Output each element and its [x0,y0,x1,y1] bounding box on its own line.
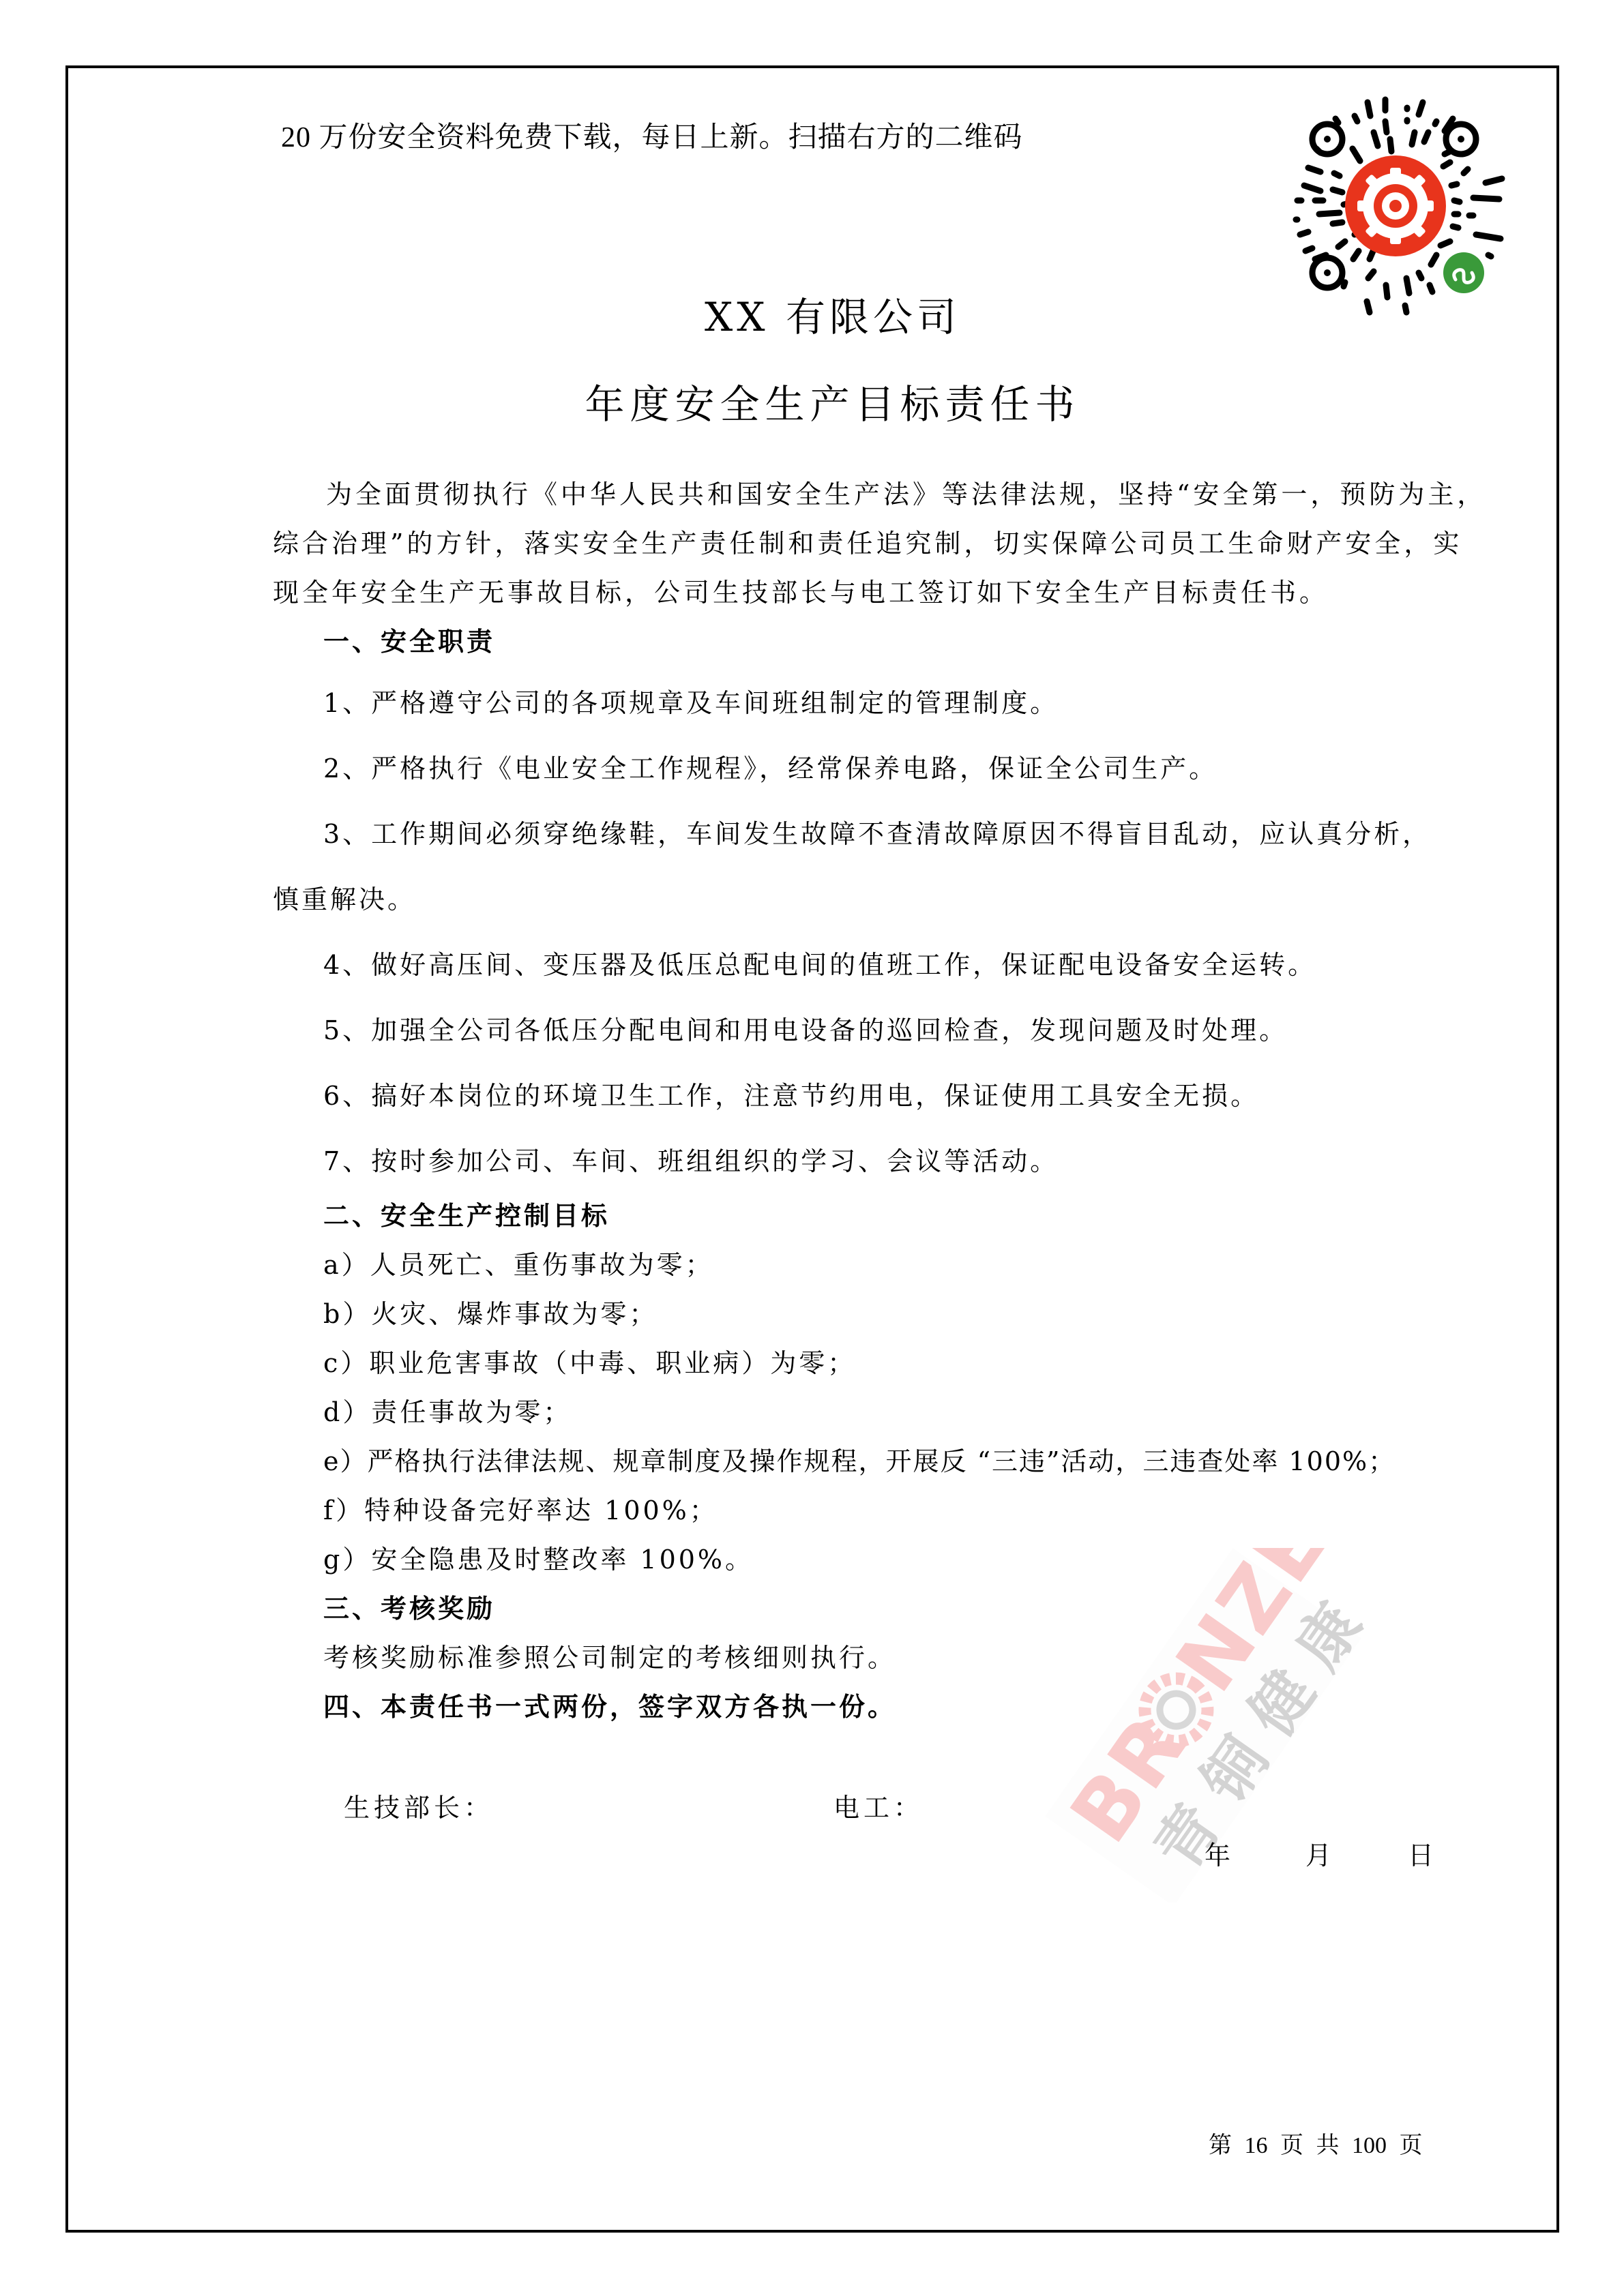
section2-item-f: f）特种设备完好率达 100%； [323,1489,718,1527]
page-suffix: 页 [1400,2133,1423,2158]
intro-line-2: 综合治理”的方针，落实安全生产责任制和责任追究制，切实保障公司员工生命财产安全，… [273,522,1462,560]
page-number: 第 16 页 共 100 页 [1209,2126,1423,2160]
section2-item-c: c）职业危害事故（中毒、职业病）为零； [323,1342,856,1380]
section2-item-d: d）责任事故为零； [323,1391,572,1429]
section1-item-7: 7、按时参加公司、车间、班组组织的学习、会议等活动。 [323,1140,1059,1178]
total-pages: 100 [1352,2133,1387,2158]
section2-item-a: a）人员死亡、重伤事故为零； [323,1244,714,1281]
current-page: 16 [1245,2133,1268,2158]
page-mid1: 页 [1280,2133,1303,2158]
date-day: 日 [1408,1834,1434,1872]
signature-label-tech-manager: 生技部长： [344,1787,494,1824]
section1-item-5: 5、加强全公司各低压分配电间和用电设备的巡回检查，发现问题及时处理。 [323,1009,1288,1047]
section2-item-e: e）严格执行法律法规、规章制度及操作规程，开展反 “三违”活动，三违查处率 10… [323,1440,1396,1478]
promo-text: 20 万份安全资料免费下载，每日上新。扫描右方的二维码 [281,115,1023,155]
qr-code[interactable] [1274,80,1510,316]
section2-item-b: b）火灾、爆炸事故为零； [323,1293,658,1330]
qr-code-icon [1274,80,1510,316]
section1-item-3-cont: 慎重解决。 [273,878,416,916]
page-prefix: 第 [1209,2133,1232,2158]
date-month: 月 [1305,1834,1331,1872]
section2-item-g: g）安全隐患及时整改率 100%。 [323,1538,754,1576]
section1-heading: 一、安全职责 [323,621,495,658]
section3-text: 考核奖励标准参照公司制定的考核细则执行。 [323,1637,896,1674]
intro-line-3: 现全年安全生产无事故目标，公司生技部长与电工签订如下安全生产目标责任书。 [273,571,1329,609]
date-year: 年 [1205,1834,1230,1872]
section1-item-2: 2、严格执行《电业安全工作规程》，经常保养电路，保证全公司生产。 [323,747,1217,785]
section1-item-4: 4、做好高压间、变压器及低压总配电间的值班工作，保证配电设备安全运转。 [323,944,1316,981]
intro-line-1: 为全面贯彻执行《中华人民共和国安全生产法》等法律法规，坚持“安全第一，预防为主， [326,473,1486,511]
section4-heading: 四、本责任书一式两份，签字双方各执一份。 [323,1686,896,1723]
signature-label-electrician: 电工： [833,1787,924,1824]
document-title: 年度安全生产目标责任书 [0,372,1624,430]
section1-item-3: 3、工作期间必须穿绝缘鞋，车间发生故障不查清故障原因不得盲目乱动，应认真分析， [323,813,1431,850]
section1-item-1: 1、严格遵守公司的各项规章及车间班组制定的管理制度。 [323,682,1059,719]
section2-heading: 二、安全生产控制目标 [323,1195,610,1232]
section1-item-6: 6、搞好本岗位的环境卫生工作，注意节约用电，保证使用工具安全无损。 [323,1075,1259,1112]
section3-heading: 三、考核奖励 [323,1587,495,1625]
page-mid2: 共 [1316,2133,1340,2158]
company-title: XX 有限公司 [0,285,1624,342]
